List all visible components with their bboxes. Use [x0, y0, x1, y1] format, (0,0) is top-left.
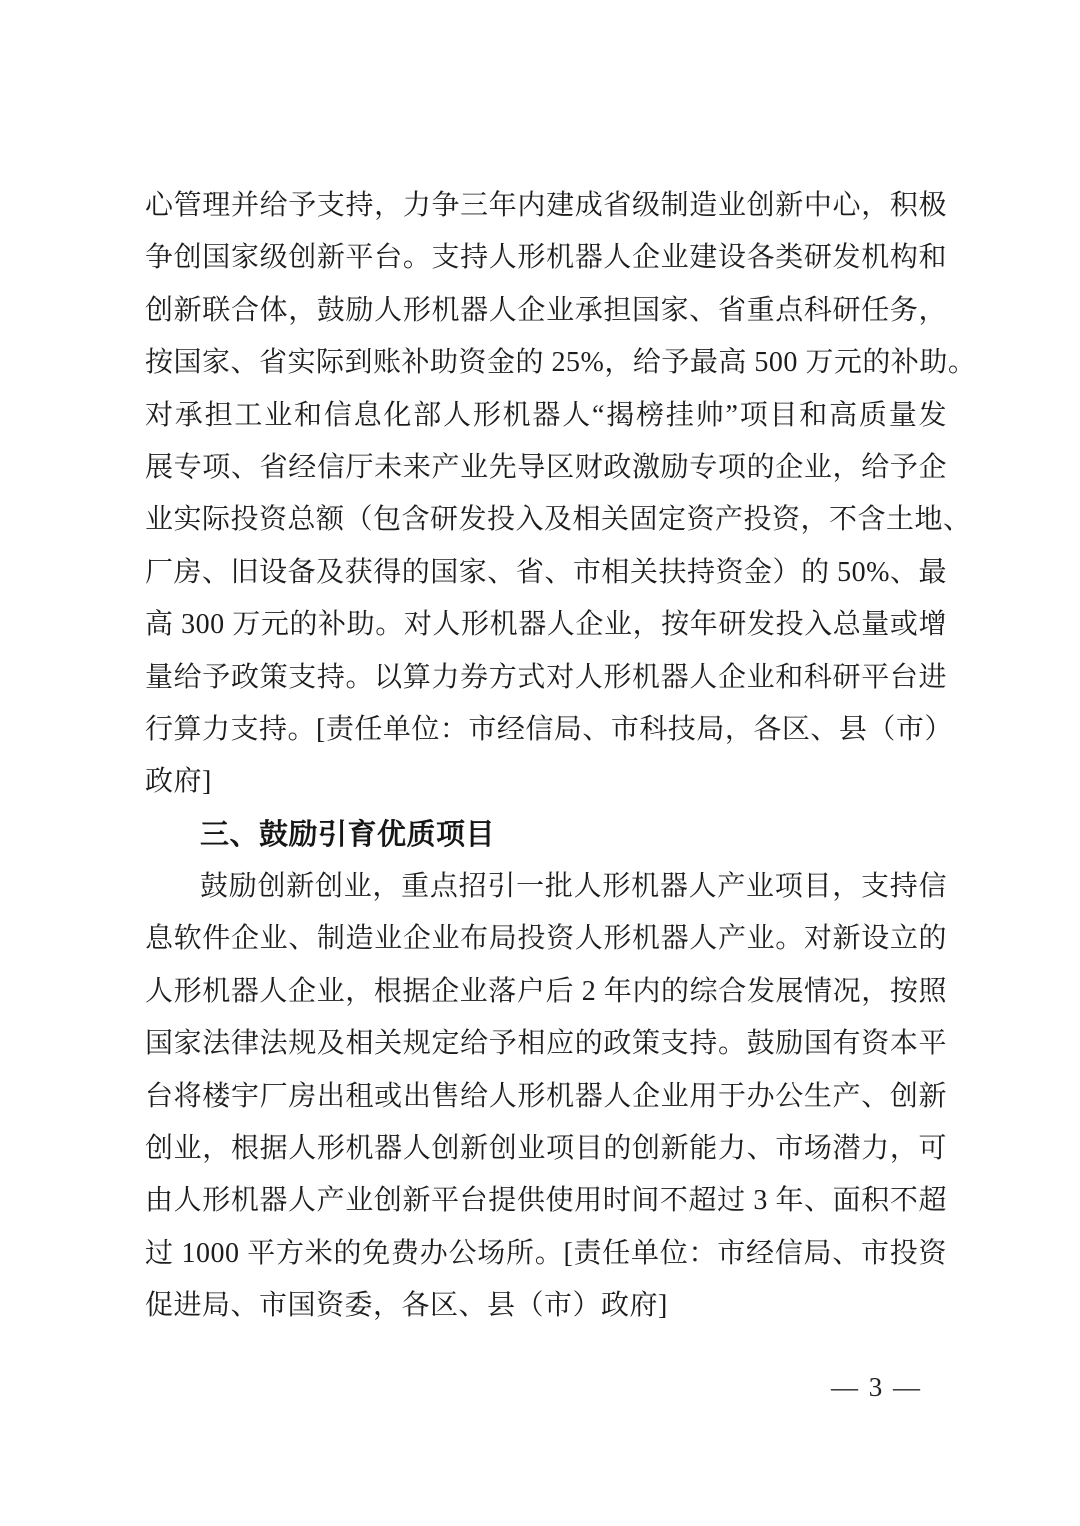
text-line: 厂房、旧设备及获得的国家、省、市相关扶持资金）的 50%、最 — [145, 547, 947, 599]
section-heading: 三、鼓励引育优质项目 — [145, 809, 947, 861]
text-line: 量给予政策支持。以算力券方式对人形机器人企业和科研平台进 — [145, 652, 947, 704]
text-line: 高 300 万元的补助。对人形机器人企业，按年研发投入总量或增 — [145, 599, 947, 651]
text-line: 国家法律法规及相关规定给予相应的政策支持。鼓励国有资本平 — [145, 1018, 947, 1070]
text-line: 台将楼宇厂房出租或出售给人形机器人企业用于办公生产、创新 — [145, 1071, 947, 1123]
text-line: 创新联合体，鼓励人形机器人企业承担国家、省重点科研任务， — [145, 285, 947, 337]
text-line: 心管理并给予支持，力争三年内建成省级制造业创新中心，积极 — [145, 180, 947, 232]
text-line: 争创国家级创新平台。支持人形机器人企业建设各类研发机构和 — [145, 232, 947, 284]
text-line: 对承担工业和信息化部人形机器人“揭榜挂帅”项目和高质量发 — [145, 390, 947, 442]
text-line: 行算力支持。[责任单位：市经信局、市科技局，各区、县（市） — [145, 704, 947, 756]
text-line: 促进局、市国资委，各区、县（市）政府] — [145, 1280, 947, 1332]
document-page: 心管理并给予支持，力争三年内建成省级制造业创新中心，积极 争创国家级创新平台。支… — [0, 0, 1080, 1526]
text-line: 按国家、省实际到账补助资金的 25%，给予最高 500 万元的补助。 — [145, 337, 947, 389]
text-line: 人形机器人企业，根据企业落户后 2 年内的综合发展情况，按照 — [145, 966, 947, 1018]
document-body: 心管理并给予支持，力争三年内建成省级制造业创新中心，积极 争创国家级创新平台。支… — [145, 180, 947, 1333]
page-number: — 3 — — [831, 1365, 922, 1409]
text-line: 业实际投资总额（包含研发投入及相关固定资产投资，不含土地、 — [145, 494, 947, 546]
text-line: 由人形机器人产业创新平台提供使用时间不超过 3 年、面积不超 — [145, 1175, 947, 1227]
text-line: 创业，根据人形机器人创新创业项目的创新能力、市场潜力，可 — [145, 1123, 947, 1175]
text-line: 息软件企业、制造业企业布局投资人形机器人产业。对新设立的 — [145, 913, 947, 965]
text-line: 鼓励创新创业，重点招引一批人形机器人产业项目，支持信 — [145, 861, 947, 913]
text-line: 过 1000 平方米的免费办公场所。[责任单位：市经信局、市投资 — [145, 1228, 947, 1280]
text-line: 展专项、省经信厅未来产业先导区财政激励专项的企业，给予企 — [145, 442, 947, 494]
text-line: 政府] — [145, 756, 947, 808]
